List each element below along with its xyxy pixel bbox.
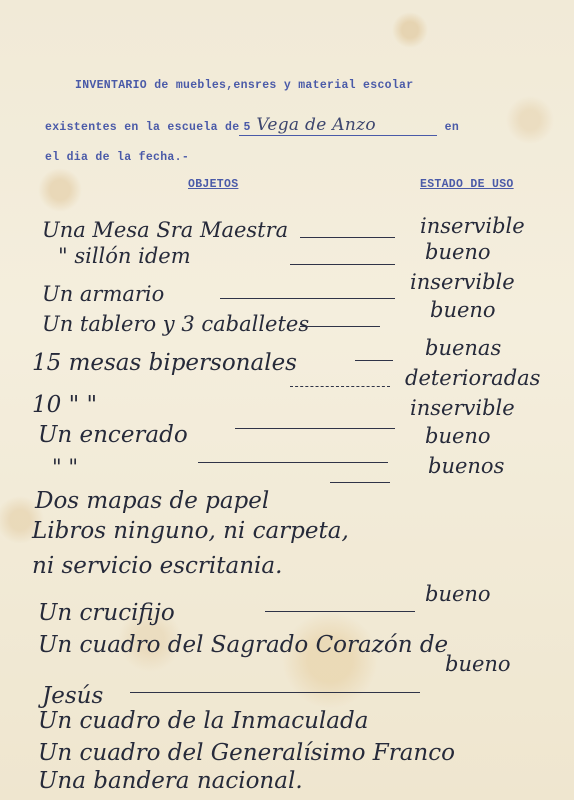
note-books: Libros ninguno, ni carpeta, <box>32 518 349 544</box>
item-object: Un crucifijo <box>38 600 175 626</box>
note-stationery: ni servicio escritania. <box>32 553 282 579</box>
item-state: buenas <box>425 336 501 360</box>
item-object: Un cuadro del Generalísimo Franco <box>38 740 455 766</box>
leader-line <box>198 462 388 463</box>
leader-line <box>355 360 393 361</box>
item-state: bueno <box>425 240 491 264</box>
item-state: inservible <box>410 270 515 294</box>
header-line-2-suffix: en <box>445 121 459 134</box>
item-object: 15 mesas bipersonales <box>32 350 297 376</box>
item-state: bueno <box>430 298 496 322</box>
column-header-objects: OBJETOS <box>188 178 238 191</box>
leader-line <box>290 264 395 265</box>
item-object: Una Mesa Sra Maestra <box>42 218 288 242</box>
header-line-3: el dia de la fecha.- <box>45 151 189 164</box>
item-state: buenos <box>428 454 504 478</box>
school-name-field: 5 Vega de Anzo <box>239 115 437 136</box>
leader-line <box>220 298 395 299</box>
item-state: bueno <box>425 582 491 606</box>
item-state: bueno <box>425 424 491 448</box>
item-object: Un encerado <box>38 422 188 448</box>
item-state: deterioradas <box>405 366 540 390</box>
item-object: Dos mapas de papel <box>35 488 269 514</box>
leader-line <box>300 326 380 327</box>
school-number: 5 <box>243 121 250 134</box>
column-header-state: ESTADO DE USO <box>420 178 514 191</box>
item-state: bueno <box>445 652 511 676</box>
item-state: inservible <box>420 214 525 238</box>
school-name: Vega de Anzo <box>256 115 376 135</box>
inventory-document-page: INVENTARIO de muebles,ensres y material … <box>0 0 574 800</box>
header-line-1: INVENTARIO de muebles,ensres y material … <box>75 79 413 92</box>
item-object: " sillón idem <box>58 244 191 268</box>
leader-line <box>130 692 420 693</box>
leader-line <box>300 237 395 238</box>
item-object: Un tablero y 3 caballetes <box>42 312 309 336</box>
leader-line <box>290 386 390 387</box>
item-object: Un cuadro de la Inmaculada <box>38 708 368 734</box>
leader-line <box>265 611 415 612</box>
leader-line <box>235 428 395 429</box>
item-object: 10 " " <box>32 392 97 418</box>
leader-line <box>330 482 390 483</box>
item-object: " " <box>52 455 78 479</box>
header-line-2: existentes en la escuela de5 Vega de Anz… <box>45 115 459 136</box>
item-object: Una bandera nacional. <box>38 768 303 794</box>
item-object: Un cuadro del Sagrado Corazón de <box>38 632 448 658</box>
item-state: inservible <box>410 396 515 420</box>
header-line-2-prefix: existentes en la escuela de <box>45 121 239 134</box>
item-object: Jesús <box>42 683 103 709</box>
item-object: Un armario <box>42 282 164 306</box>
